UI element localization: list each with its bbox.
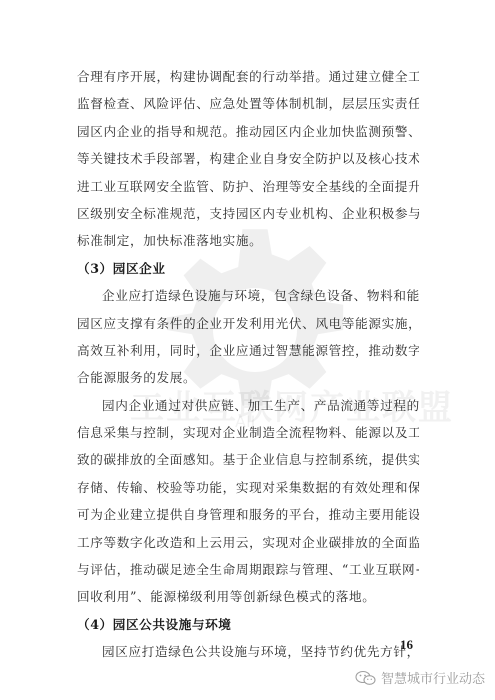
text-line: 信息采集与控制，实现对企业制造全流程物料、能源以及工艺过程导 bbox=[77, 419, 419, 446]
text-line: 合能源服务的发展。 bbox=[77, 364, 419, 391]
paragraph-public-facilities: 园区应打造绿色公共设施与环境，坚持节约优先方针，提高可再 bbox=[77, 638, 419, 665]
text-line: 监督检查、风险评估、应急处置等体制机制，层层压实责任，强化对 bbox=[77, 90, 419, 117]
text-line: 合理有序开展，构建协调配套的行动举措。通过建立健全工业互联网 bbox=[77, 63, 419, 90]
text-line: 标准制定，加快标准落地实施。 bbox=[77, 227, 419, 254]
wechat-icon bbox=[355, 670, 377, 686]
text-line: 存储、传输、校验等功能，实现对采集数据的有效处理和保存。园区 bbox=[77, 474, 419, 501]
text-line: 园区内企业的指导和规范。推动园区内企业加快监测预警、应急防护 bbox=[77, 118, 419, 145]
text-line: 区级别安全标准规范，支持园区内专业机构、企业积极参与相关国际 bbox=[77, 200, 419, 227]
text-line: 致的碳排放的全面感知。基于企业信息与控制系统，提供实时碳数据 bbox=[77, 446, 419, 473]
text-line: 回收利用”、能源梯级利用等创新绿色模式的落地。 bbox=[77, 583, 419, 610]
section-heading-public-facilities: （4）园区公共设施与环境 bbox=[77, 611, 419, 638]
text-line: 高效互补利用，同时，企业应通过智慧能源管控，推动数字能源和综 bbox=[77, 337, 419, 364]
text-line: 园内企业通过对供应链、加工生产、产品流通等过程的数据进行 bbox=[77, 392, 419, 419]
text-line: 工序等数字化改造和上云用云，实现对企业碳排放的全面监测、管控 bbox=[77, 529, 419, 556]
text-line: 可为企业建立提供自身管理和服务的平台，推动主要用能设备、工艺、 bbox=[77, 501, 419, 528]
text-line: 园区应支撑有条件的企业开发利用光伏、风电等能源实施，推进多能 bbox=[77, 310, 419, 337]
paragraph-green-facilities: 企业应打造绿色设施与环境，包含绿色设备、物料和能源等， 园区应支撑有条件的企业开… bbox=[77, 282, 419, 392]
section-heading-park-enterprises: （3）园区企业 bbox=[77, 255, 419, 282]
paragraph-safety: 合理有序开展，构建协调配套的行动举措。通过建立健全工业互联网 监督检查、风险评估… bbox=[77, 63, 419, 255]
text-line: 企业应打造绿色设施与环境，包含绿色设备、物料和能源等， bbox=[77, 282, 419, 309]
paragraph-carbon-data: 园内企业通过对供应链、加工生产、产品流通等过程的数据进行 信息采集与控制，实现对… bbox=[77, 392, 419, 611]
text-line: 园区应打造绿色公共设施与环境，坚持节约优先方针，提高可再 bbox=[77, 638, 419, 665]
footer-brand-text: 智慧城市行业动态 bbox=[381, 668, 485, 687]
document-body: 合理有序开展，构建协调配套的行动举措。通过建立健全工业互联网 监督检查、风险评估… bbox=[77, 63, 419, 666]
page-number: 16 bbox=[400, 637, 413, 653]
text-line: 等关键技术手段部署，构建企业自身安全防护以及核心技术能力，促 bbox=[77, 145, 419, 172]
text-line: 与评估，推动碳足迹全生命周期跟踪与管理、“工业互联网+再生资源 bbox=[77, 556, 419, 583]
text-line: 进工业互联网安全监管、防护、治理等安全基线的全面提升。制定园 bbox=[77, 173, 419, 200]
footer-brand: 智慧城市行业动态 bbox=[355, 668, 485, 687]
